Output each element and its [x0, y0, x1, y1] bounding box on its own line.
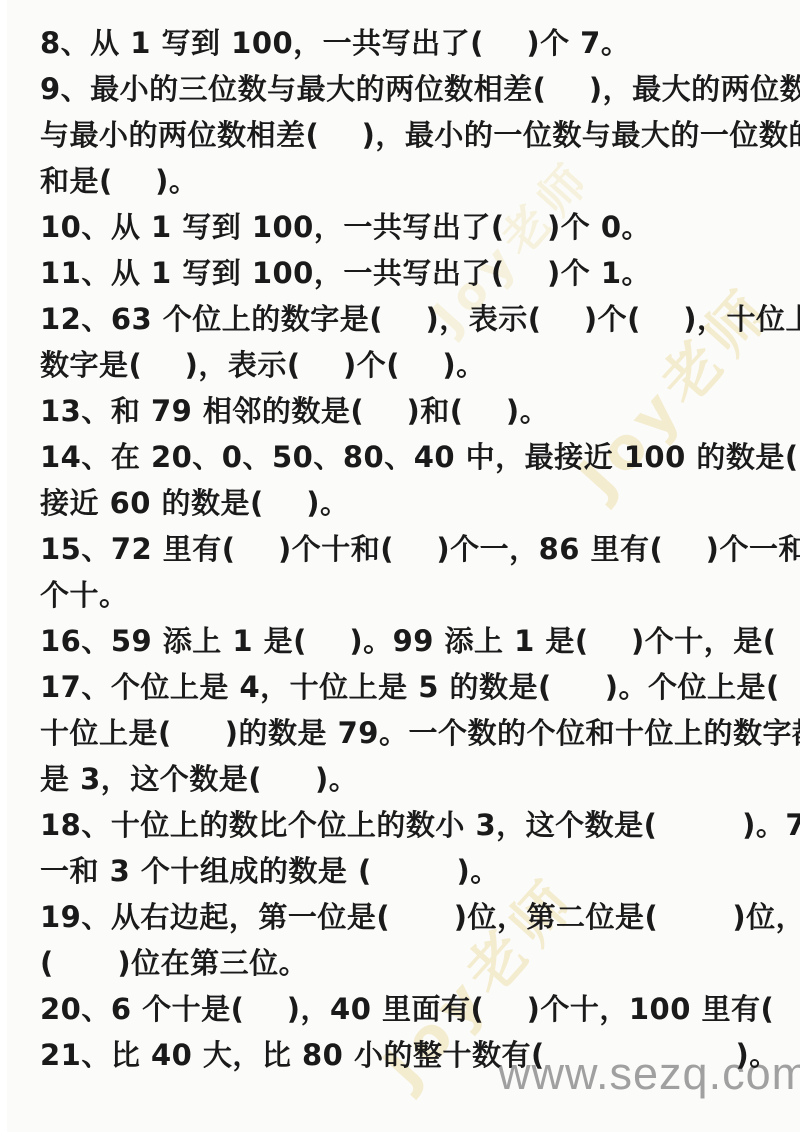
question-13-line-1: 13、和 79 相邻的数是( )和( )。	[40, 388, 776, 434]
question-12-line-1: 12、63 个位上的数字是( )，表示( )个( )，十位上的	[40, 296, 776, 342]
question-12-line-2: 数字是( )，表示( )个( )。	[40, 342, 776, 388]
question-15-line-1: 15、72 里有( )个十和( )个一，86 里有( )个一和( )	[40, 526, 776, 572]
question-9-line-1: 9、最小的三位数与最大的两位数相差( )，最大的两位数	[40, 66, 776, 112]
question-18-line-1: 18、十位上的数比个位上的数小 3，这个数是( )。7 个	[40, 802, 776, 848]
question-10-line-1: 10、从 1 写到 100，一共写出了( )个 0。	[40, 204, 776, 250]
question-11-line-1: 11、从 1 写到 100，一共写出了( )个 1。	[40, 250, 776, 296]
question-9-line-3: 和是( )。	[40, 158, 776, 204]
question-14-line-2: 接近 60 的数是( )。	[40, 480, 776, 526]
question-list: 8、从 1 写到 100，一共写出了( )个 7。9、最小的三位数与最大的两位数…	[40, 20, 776, 1078]
question-14-line-1: 14、在 20、0、50、80、40 中，最接近 100 的数是( )，最	[40, 434, 776, 480]
question-19-line-2: ( )位在第三位。	[40, 940, 776, 986]
question-19-line-1: 19、从右边起，第一位是( )位，第二位是( )位，	[40, 894, 776, 940]
question-9-line-2: 与最小的两位数相差( )，最小的一位数与最大的一位数的	[40, 112, 776, 158]
question-16-line-1: 16、59 添上 1 是( )。99 添上 1 是( )个十，是( )。	[40, 618, 776, 664]
page-edge-strip	[0, 0, 7, 1132]
question-15-line-2: 个十。	[40, 572, 776, 618]
question-8-line-1: 8、从 1 写到 100，一共写出了( )个 7。	[40, 20, 776, 66]
question-18-line-2: 一和 3 个十组成的数是 ( )。	[40, 848, 776, 894]
worksheet-page: Joy老师 Joy老师 Joy老师 www.sezq.com 8、从 1 写到 …	[0, 0, 800, 1132]
question-17-line-2: 十位上是( )的数是 79。一个数的个位和十位上的数字都	[40, 710, 776, 756]
question-17-line-3: 是 3，这个数是( )。	[40, 756, 776, 802]
question-17-line-1: 17、个位上是 4，十位上是 5 的数是( )。个位上是( )，	[40, 664, 776, 710]
question-20-line-1: 20、6 个十是( )，40 里面有( )个十，100 里有( )个十。	[40, 986, 776, 1032]
question-21-line-1: 21、比 40 大，比 80 小的整十数有( )。	[40, 1032, 776, 1078]
